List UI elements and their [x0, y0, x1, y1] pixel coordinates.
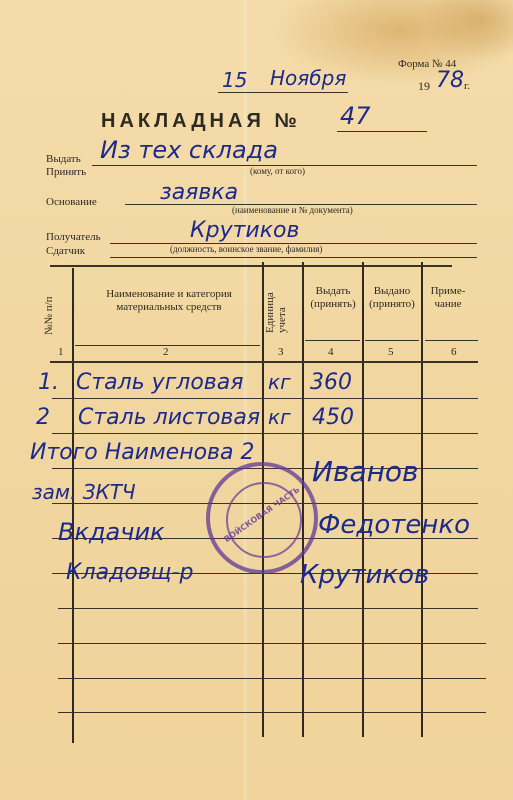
- col-divider-1: [72, 268, 74, 743]
- header-sub-rule-5: [365, 340, 419, 341]
- row-1-name: Сталь угловая: [76, 370, 243, 395]
- header-unit: Единица учета: [264, 273, 288, 333]
- date-month: Ноября: [270, 66, 346, 90]
- row-2-issue: 450: [312, 405, 354, 430]
- issue-label: Выдать: [46, 153, 81, 165]
- basis-hint: (наименование и № документа): [232, 205, 353, 215]
- issue-hint: (кому, от кого): [250, 166, 305, 176]
- row-line: [58, 678, 486, 679]
- col-num-5: 5: [388, 346, 394, 358]
- row-1-issue: 360: [310, 370, 352, 395]
- number-underline: [337, 131, 427, 132]
- col-num-2: 2: [163, 346, 169, 358]
- col-divider-4: [362, 262, 364, 737]
- table-top-border: [50, 265, 452, 267]
- col-num-4: 4: [328, 346, 334, 358]
- row-line: [58, 643, 486, 644]
- official-stamp: ВОЙСКОВАЯ ЧАСТЬ: [206, 462, 318, 574]
- signature-1-label: зам. ЗКТЧ: [32, 480, 136, 504]
- receive-label: Принять: [46, 166, 86, 178]
- row-2-number: 2: [36, 405, 50, 430]
- recipient-label: Получатель: [46, 231, 101, 243]
- signature-1: Иванов: [312, 455, 419, 488]
- total-line: Итого Наименова 2: [30, 440, 254, 465]
- recipient-hint: (должность, воинское звание, фамилия): [170, 244, 322, 254]
- deliverer-label: Сдатчик: [46, 245, 85, 257]
- col-num-1: 1: [58, 346, 64, 358]
- row-2-unit: кг: [268, 405, 291, 429]
- signature-3-label: Кладовщ-р: [66, 560, 193, 585]
- header-sub-rule-4: [305, 340, 360, 341]
- basis-value: заявка: [160, 180, 238, 205]
- basis-label: Основание: [46, 196, 97, 208]
- header-issue: Выдать (принять): [304, 285, 362, 311]
- date-day: 15: [222, 68, 247, 92]
- document-title: НАКЛАДНАЯ №: [101, 110, 301, 133]
- col-num-3: 3: [278, 346, 284, 358]
- col-divider-5: [421, 262, 423, 737]
- row-2-name: Сталь листовая: [78, 405, 260, 430]
- row-line: [52, 433, 478, 434]
- issue-value: Из тех склада: [100, 136, 278, 164]
- signature-2: Федотенко: [318, 510, 470, 540]
- row-1-number: 1.: [38, 370, 59, 395]
- date-underline: [218, 92, 348, 93]
- year-g: г.: [464, 80, 470, 92]
- header-sub-rule-6: [425, 340, 478, 341]
- col-num-6: 6: [451, 346, 457, 358]
- row-line: [58, 712, 486, 713]
- row-line: [52, 398, 478, 399]
- header-bottom-border: [50, 361, 478, 363]
- header-issued: Выдано (принято): [363, 285, 421, 311]
- header-row-number: №№ п/п: [43, 275, 55, 335]
- header-name: Наименование и категория материальных ср…: [80, 288, 258, 314]
- signature-3: Крутиков: [300, 560, 429, 590]
- row-line: [58, 608, 478, 609]
- row-1-unit: кг: [268, 370, 291, 394]
- deliverer-underline: [110, 257, 477, 258]
- recipient-value: Крутиков: [190, 218, 299, 243]
- year-suffix: 78: [436, 68, 464, 93]
- year-prefix: 19: [418, 79, 430, 94]
- document-number: 47: [340, 102, 371, 130]
- header-note: Приме- чание: [423, 285, 473, 311]
- signature-2-label: Вкдачик: [58, 518, 165, 546]
